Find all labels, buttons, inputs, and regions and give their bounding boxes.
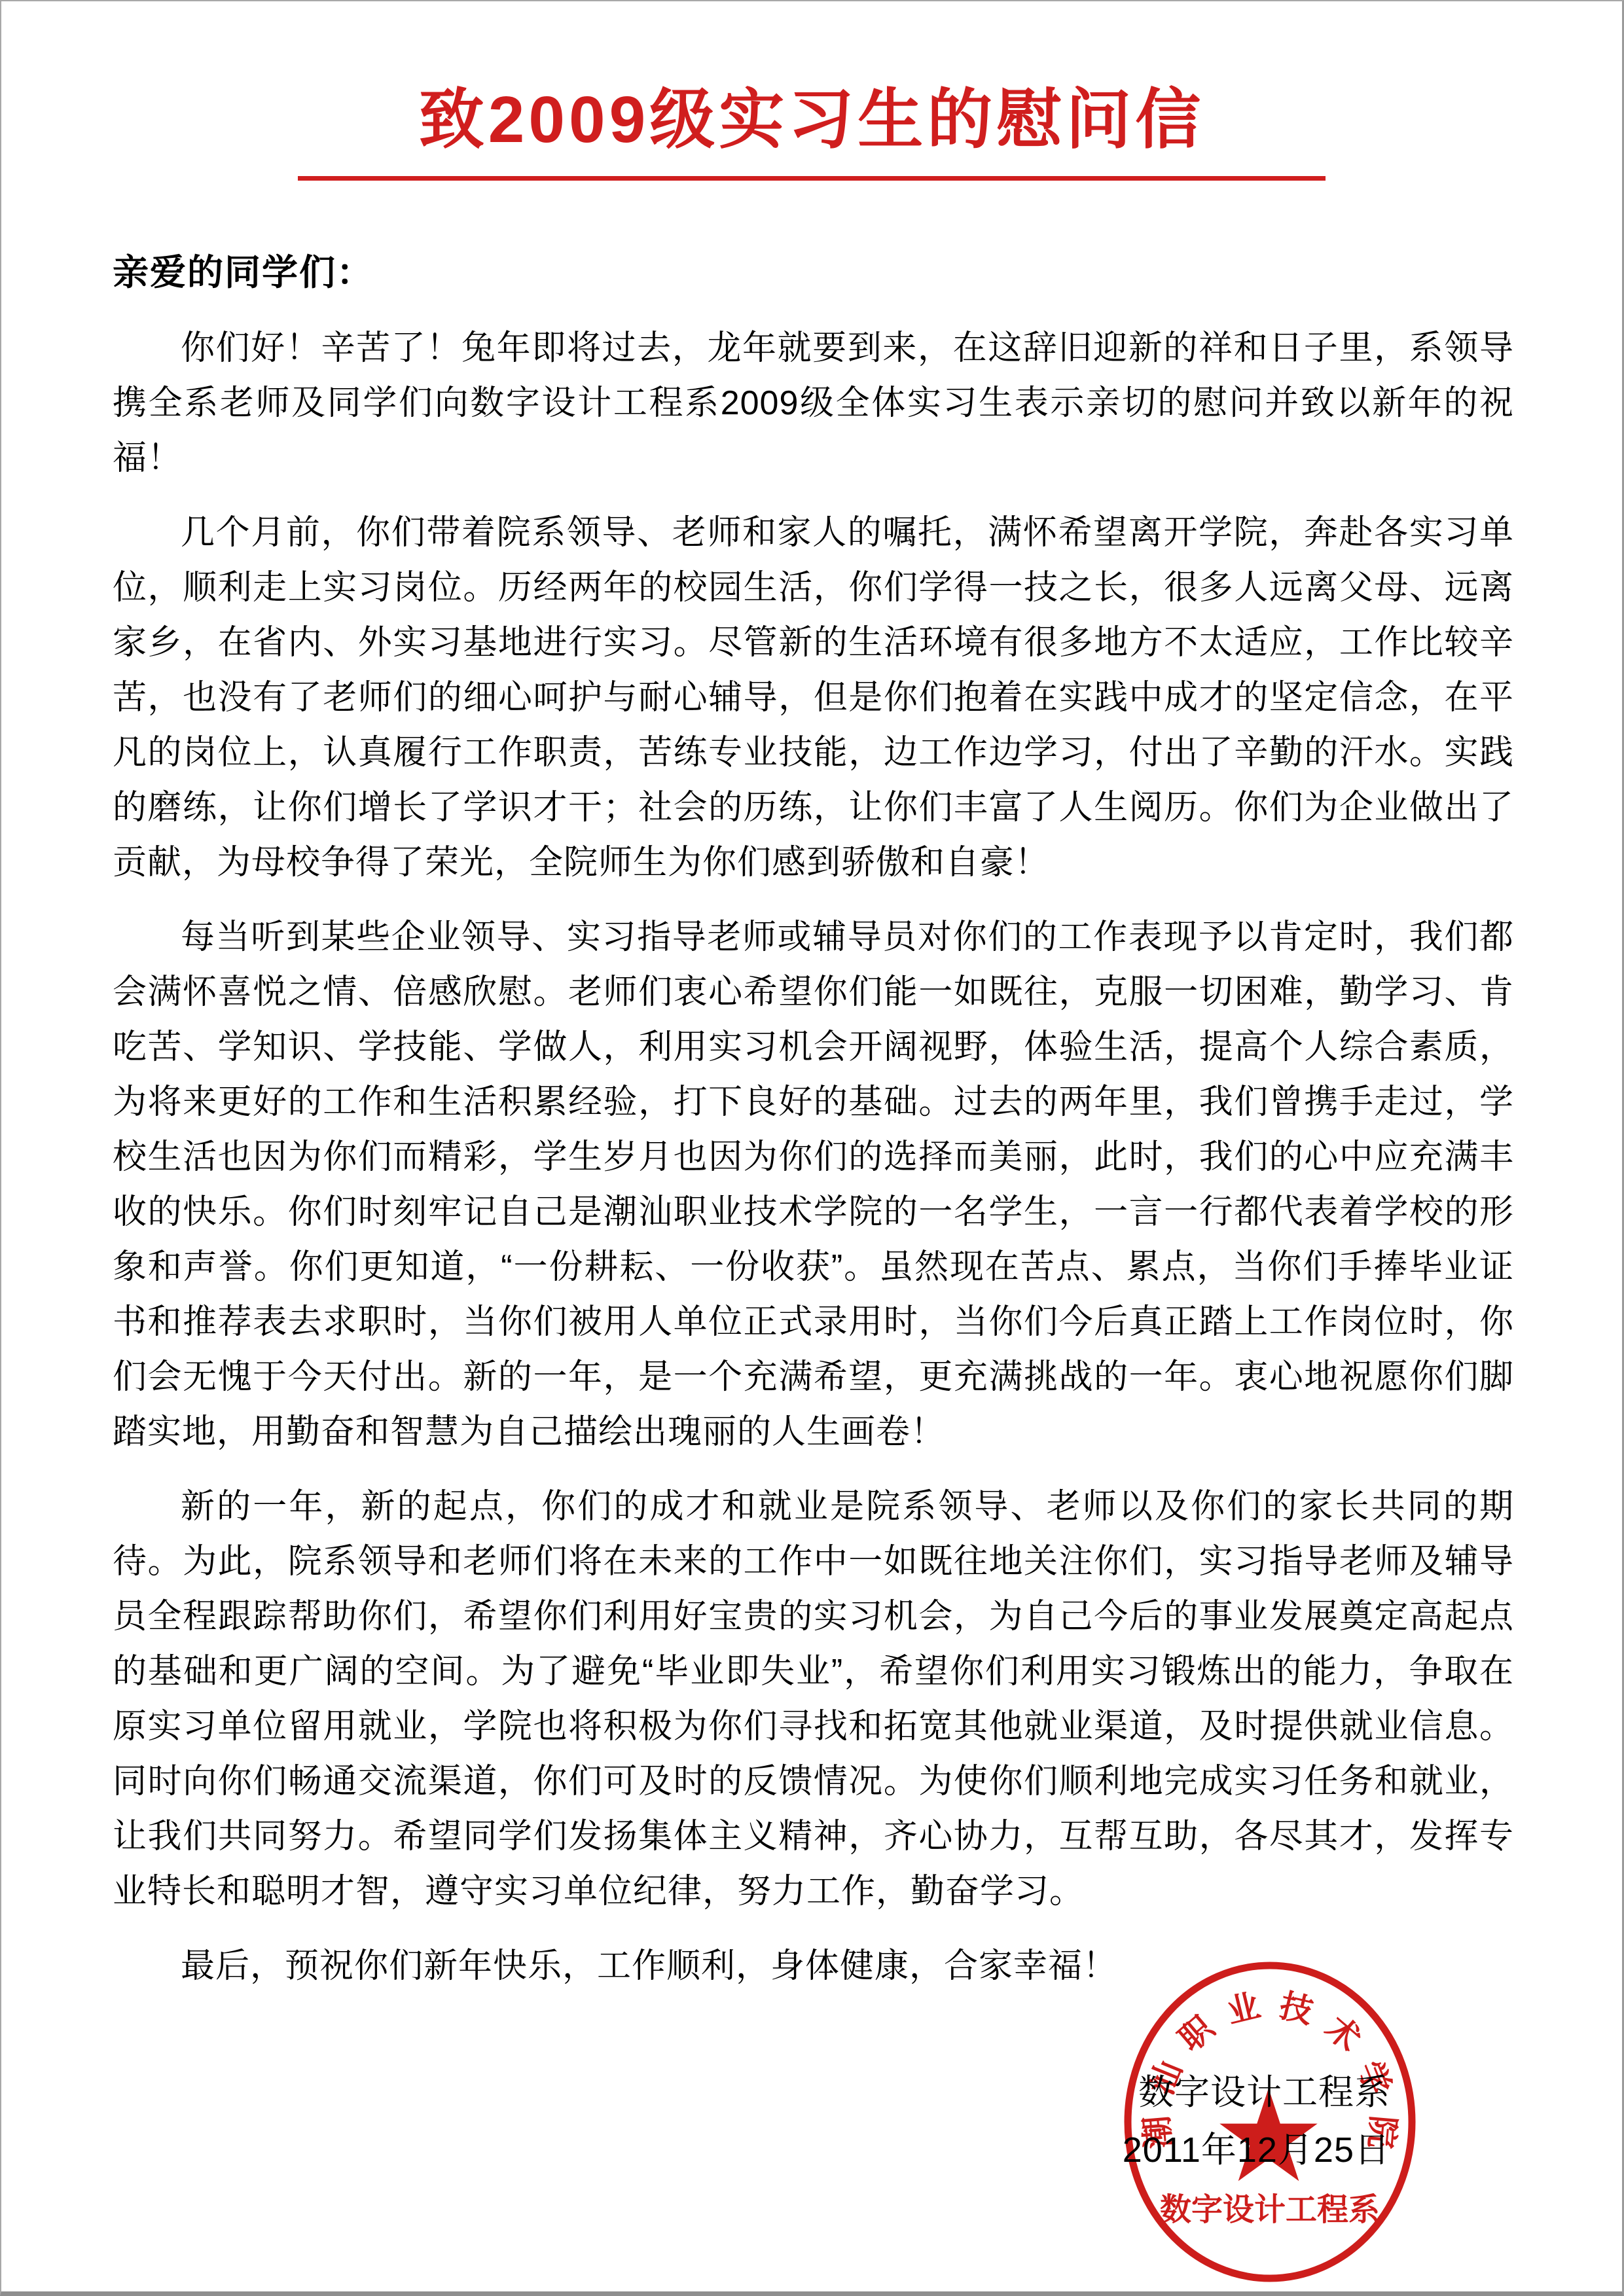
title-underline (298, 176, 1326, 181)
letter-paragraph: 几个月前，你们带着院系领导、老师和家人的嘱托，满怀希望离开学院，奔赴各实习单位，… (113, 505, 1514, 890)
signature-department: 数字设计工程系 (1123, 2073, 1390, 2112)
signature-block: 数字设计工程系 2011年12月25日 (1123, 2073, 1390, 2170)
letter-title: 致2009级实习生的慰问信 (1, 84, 1622, 156)
stamp-arc-char: 职 (1172, 2008, 1222, 2058)
letter-paragraph: 新的一年，新的起点，你们的成才和就业是院系领导、老师以及你们的家长共同的期待。为… (113, 1479, 1514, 1919)
greeting: 亲爱的同学们： (113, 245, 1514, 300)
stamp-bottom-text: 数字设计工程系 (1160, 2193, 1380, 2227)
letter-paragraph: 每当听到某些企业领导、实习指导老师或辅导员对你们的工作表现予以肯定时，我们都会满… (113, 910, 1514, 1460)
paragraphs-container: 你们好！辛苦了！兔年即将过去，龙年就要到来，在这辞旧迎新的祥和日子里，系领导携全… (113, 321, 1514, 1994)
stamp-arc-char: 业 (1223, 1987, 1264, 2030)
letter-body: 亲爱的同学们： 你们好！辛苦了！兔年即将过去，龙年就要到来，在这辞旧迎新的祥和日… (113, 245, 1514, 2013)
letter-paragraph: 你们好！辛苦了！兔年即将过去，龙年就要到来，在这辞旧迎新的祥和日子里，系领导携全… (113, 321, 1514, 486)
stamp-arc-char: 技 (1276, 1987, 1317, 2030)
signature-date: 2011年12月25日 (1123, 2130, 1390, 2170)
letter-page: 致2009级实习生的慰问信 亲爱的同学们： 你们好！辛苦了！兔年即将过去，龙年就… (0, 0, 1624, 2296)
stamp-arc-char: 术 (1319, 2009, 1367, 2058)
